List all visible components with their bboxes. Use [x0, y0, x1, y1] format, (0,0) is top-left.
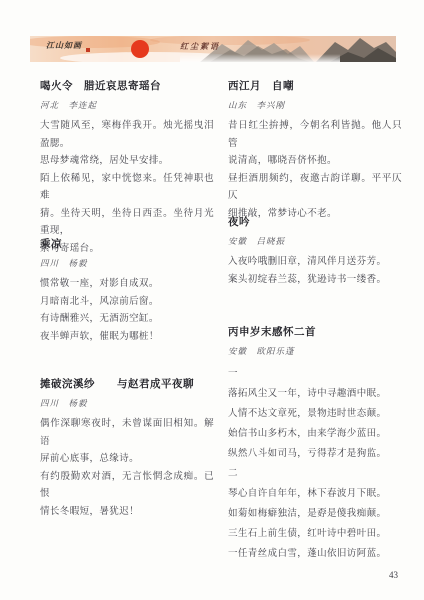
poem-body: 一 落拓风尘又一年，诗中寻趣酒中眠。 人情不达文章死，景物违时世态颠。 始信书山…: [228, 364, 402, 564]
poem-title: 喝火令 腊近哀思寄瑶台: [40, 80, 214, 93]
header-banner: 江山如画 红尘絮语: [30, 36, 396, 62]
poem-body: 偶作深聊寒夜时，未曾谋面旧相知。解语 屏前心底事，总缘诗。 有约殷勤欢对酒，无言…: [40, 416, 214, 521]
poem-line: 屏前心底事，总缘诗。: [40, 451, 214, 469]
poem-line: 有约殷勤欢对酒，无言怅惘念成痴。已恨: [40, 469, 214, 504]
poem-yeyin: 夜吟 安徽 吕晓振 入夜吟哦删旧章，清风伴月送芬芳。 案头初绽春兰蕊，犹逊诗书一…: [228, 216, 402, 289]
poem-line: 一任青丝成白雪，蓬山依旧访阿蓝。: [228, 544, 402, 564]
poem-line: 昔日红尘拚搏，今朝名利皆抛。他人只管: [228, 118, 402, 153]
poem-title: 丙申岁末感怀二首: [228, 326, 402, 339]
poem-title: 摊破浣溪纱 与赵君成平夜聊: [40, 378, 214, 391]
poem-body: 昔日红尘拚搏，今朝名利皆抛。他人只管 说清高，哪晓吾侪怀抱。 昼拒酒朋频约，夜邀…: [228, 118, 402, 223]
poem-title: 西江月 自嘲: [228, 80, 402, 93]
poem-line: 始信书山多朽木，由来学海少蓝田。: [228, 424, 402, 444]
poem-chengliang: 乘凉 四川 杨毅 惯常敬一座，对影自成双。 月暗南北斗，风凉前后窗。 有诗酬雅兴…: [40, 238, 214, 346]
poem-tanpohuanxisha: 摊破浣溪纱 与赵君成平夜聊 四川 杨毅 偶作深聊寒夜时，未曾谋面旧相知。解语 屏…: [40, 378, 214, 521]
poem-line: 琴心自许自年年，林下春波月下眠。: [228, 484, 402, 504]
poem-line: 情长冬暇短，暑犹迟！: [40, 504, 214, 522]
poem-line: 有诗酬雅兴，无酒沥空缸。: [40, 311, 214, 329]
poem-hehuoling: 喝火令 腊近哀思寄瑶台 河北 李连起 大雪随风至，寒梅伴我开。烛光摇曳泪盈腮。 …: [40, 80, 214, 258]
poem-line: 纵然八斗如司马，亏得荐才是狗监。: [228, 444, 402, 464]
poem-line: 案头初绽春兰蕊，犹逊诗书一缕香。: [228, 272, 402, 290]
poem-line: 思母梦魂常绕，居处早安排。: [40, 153, 214, 171]
poem-line: 猜。坐待天明，坐待日西歪。坐待月光重现，: [40, 206, 214, 241]
poem-line: 三生石上前生债，红叶诗中碧叶田。: [228, 524, 402, 544]
poem-line: 落拓风尘又一年，诗中寻趣酒中眠。: [228, 384, 402, 404]
section-marker: 一: [228, 364, 402, 384]
poem-line: 如菊如梅癖独洁，是孬是傻我痴颠。: [228, 504, 402, 524]
sun-icon: [131, 40, 149, 58]
poem-line: 偶作深聊寒夜时，未曾谋面旧相知。解语: [40, 416, 214, 451]
poem-line: 人情不达文章死，景物违时世态颠。: [228, 404, 402, 424]
poem-line: 说清高，哪晓吾侪怀抱。: [228, 153, 402, 171]
poem-line: 大雪随风至，寒梅伴我开。烛光摇曳泪盈腮。: [40, 118, 214, 153]
poem-author: 四川 杨毅: [40, 258, 214, 269]
section-marker: 二: [228, 464, 402, 484]
seal-icon: [86, 48, 90, 52]
poem-line: 陌上依稀见，家中恍惚来。任凭神职也难: [40, 171, 214, 206]
poem-bingshen-ganhuai: 丙申岁末感怀二首 安徽 欧阳乐蓬 一 落拓风尘又一年，诗中寻趣酒中眠。 人情不达…: [228, 326, 402, 564]
poem-line: 夜半蝉声软，催眠为哪桩！: [40, 329, 214, 347]
poem-author: 安徽 吕晓振: [228, 236, 402, 247]
poem-title: 乘凉: [40, 238, 214, 251]
poem-body: 惯常敬一座，对影自成双。 月暗南北斗，风凉前后窗。 有诗酬雅兴，无酒沥空缸。 夜…: [40, 276, 214, 346]
poem-author: 安徽 欧阳乐蓬: [228, 346, 402, 357]
poem-line: 昼拒酒朋频约，夜邀古韵详聊。平平仄仄: [228, 171, 402, 206]
poem-body: 大雪随风至，寒梅伴我开。烛光摇曳泪盈腮。 思母梦魂常绕，居处早安排。 陌上依稀见…: [40, 118, 214, 258]
poem-xijiangyue: 西江月 自嘲 山东 李兴刚 昔日红尘拚搏，今朝名利皆抛。他人只管 说清高，哪晓吾…: [228, 80, 402, 223]
poem-author: 河北 李连起: [40, 100, 214, 111]
poem-line: 惯常敬一座，对影自成双。: [40, 276, 214, 294]
poem-line: 月暗南北斗，风凉前后窗。: [40, 294, 214, 312]
page-number: 43: [389, 570, 398, 580]
poem-line: 入夜吟哦删旧章，清风伴月送芬芳。: [228, 254, 402, 272]
poem-title: 夜吟: [228, 216, 402, 229]
poem-author: 四川 杨毅: [40, 398, 214, 409]
poem-body: 入夜吟哦删旧章，清风伴月送芬芳。 案头初绽春兰蕊，犹逊诗书一缕香。: [228, 254, 402, 289]
banner-left-calligraphy: 江山如画: [46, 42, 82, 50]
poem-author: 山东 李兴刚: [228, 100, 402, 111]
magazine-page: 江山如画 红尘絮语 喝火令 腊近哀思寄瑶台 河北 李连起 大雪随风至，寒梅伴我开…: [0, 0, 424, 600]
banner-center-calligraphy: 红尘絮语: [180, 43, 220, 51]
